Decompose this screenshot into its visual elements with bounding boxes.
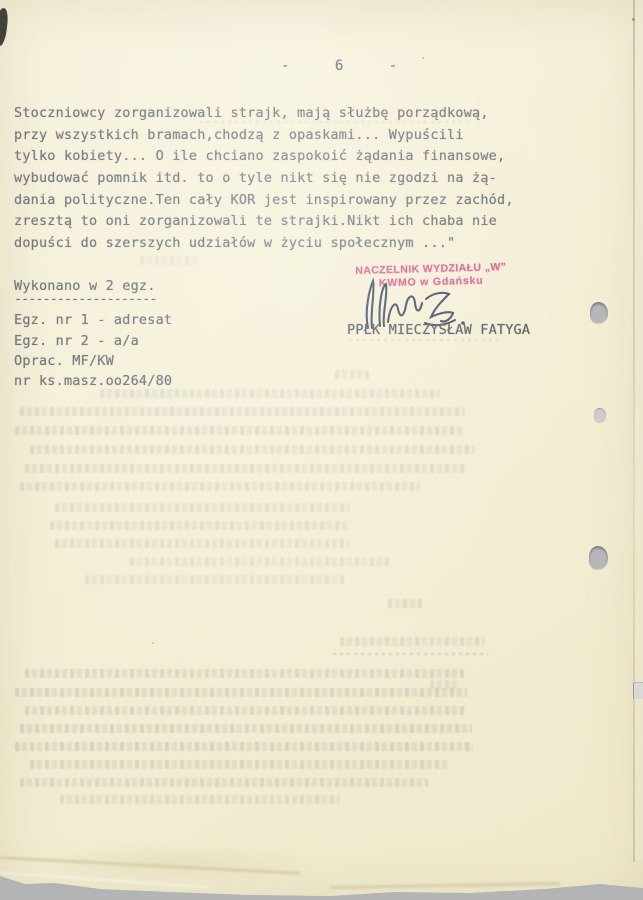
bleedthrough-line xyxy=(130,557,390,566)
paper-speck xyxy=(632,18,635,21)
page-curl-highlight xyxy=(635,0,643,860)
bleedthrough-line xyxy=(85,575,345,584)
bleedthrough-line xyxy=(55,539,350,548)
bleedthrough-line xyxy=(30,760,448,769)
paper-hole xyxy=(594,408,606,423)
body-line: przy wszystkich bramach,chodzą z opaskam… xyxy=(14,125,464,147)
bleedthrough-line xyxy=(15,688,467,697)
body-line: dopuści do szerszych udziałów w życiu sp… xyxy=(14,233,455,255)
body-line: dania polityczne.Ten cały KOR jest inspi… xyxy=(14,190,514,212)
bleedthrough-line xyxy=(25,706,465,715)
body-line: tylko kobiety... O ile chciano zaspokoić… xyxy=(14,146,505,168)
paper-crease xyxy=(40,846,320,880)
copies-divider: -------------------- xyxy=(14,289,157,310)
bleedthrough-underline xyxy=(333,653,488,655)
ghost-underline xyxy=(349,339,499,341)
bleedthrough-line xyxy=(20,724,472,733)
bleedthrough-line xyxy=(15,426,465,435)
bleedthrough-line xyxy=(20,482,420,491)
bleedthrough-line xyxy=(100,389,440,398)
paper-hole xyxy=(590,302,608,324)
signatory-name: PPŁK MIECZYSŁAW FATYGA xyxy=(347,322,530,338)
bleedthrough-line xyxy=(140,256,200,265)
copies-line: Egz. nr 2 - a/a xyxy=(14,331,139,352)
body-line: zresztą to oni zorganizowali te strajki.… xyxy=(14,211,497,233)
bleedthrough-line xyxy=(60,795,340,804)
bleedthrough-line xyxy=(25,464,465,473)
page-number: - 6 - xyxy=(281,58,397,74)
paper-speck xyxy=(152,642,154,644)
body-line: wybudować pomnik itd. to o tyle nikt się… xyxy=(14,168,497,190)
bleedthrough-line xyxy=(20,407,465,416)
paper-sheet: - 6 - Stoczniowcy zorganizowali strajk, … xyxy=(0,0,643,900)
bleedthrough-line xyxy=(20,778,428,787)
page-curl-line xyxy=(633,0,635,862)
scanned-document-page: - 6 - Stoczniowcy zorganizowali strajk, … xyxy=(0,0,643,900)
copies-line: Egz. nr 1 - adresat xyxy=(14,310,172,331)
bleedthrough-line xyxy=(50,521,350,530)
paper-hole xyxy=(589,546,608,570)
bleedthrough-line xyxy=(25,669,465,678)
bleedthrough-line xyxy=(55,503,350,512)
paper-edge-tab xyxy=(633,682,643,699)
bleedthrough-line xyxy=(388,599,422,608)
copies-line: Oprac. MF/KW xyxy=(14,351,114,372)
paper-crease xyxy=(330,882,560,889)
bleedthrough-line xyxy=(335,370,369,379)
bleedthrough-line xyxy=(15,742,473,751)
bleedthrough-line xyxy=(30,445,475,454)
bleedthrough-line xyxy=(340,637,485,646)
ghost-underline xyxy=(200,121,468,123)
paper-speck xyxy=(422,57,424,59)
